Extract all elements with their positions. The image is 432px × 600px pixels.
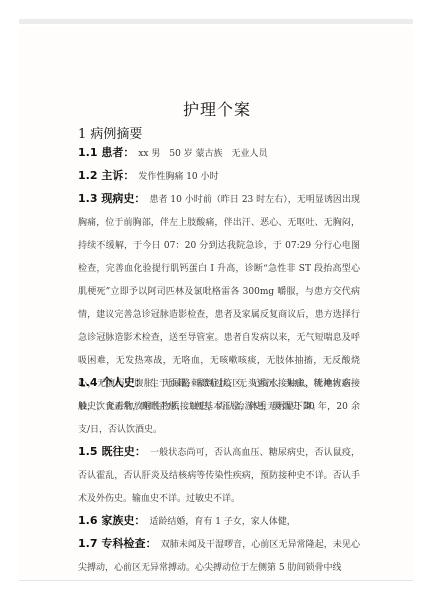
chief-complaint-text: 发作性胸痛 10 小时 [138,172,218,182]
family-history-text: 适龄结婚，育有 1 子女，家人体健， [149,517,295,527]
document-page: 护理个案 1 病例摘要 1.1 患者：xx 男 50 岁 蒙古族 无业人员 1.… [19,26,413,581]
section-heading: 1 病例摘要 [78,123,142,142]
family-history-label: 1.6 家族史： [78,514,145,527]
specialist-exam: 1.7 专科检查：双肺未闻及干湿啰音，心前区无异常隆起，未见心尖搏动，心前区无异… [78,532,360,580]
document-title: 护理个案 [78,97,356,120]
patient-text: xx 男 50 岁 蒙古族 无业人员 [138,149,267,159]
present-illness-label: 1.3 现病史： [78,192,145,205]
top-scroll-bar [19,19,413,24]
family-history: 1.6 家族史：适龄结婚，育有 1 子女，家人体健， [78,509,360,534]
patient-label: 1.1 患者： [78,146,134,159]
specialist-exam-label: 1.7 专科检查： [78,537,157,550]
personal-history: 1.4 个人史：生于原籍，未到过疫区，无疫水接触虫，无地方病接触史，无毒物放射性… [78,371,360,442]
past-history: 1.5 既往史：一般状态尚可，否认高血压、糖尿病史，否认鼠疫，否认霍乱，否认肝炎… [78,440,360,511]
past-history-label: 1.5 既往史： [78,445,146,458]
chief-complaint: 1.2 主诉：发作性胸痛 10 小时 [78,164,360,189]
chief-complaint-label: 1.2 主诉： [78,169,134,182]
patient-info: 1.1 患者：xx 男 50 岁 蒙古族 无业人员 [78,141,360,166]
personal-history-label: 1.4 个人史： [78,376,146,389]
